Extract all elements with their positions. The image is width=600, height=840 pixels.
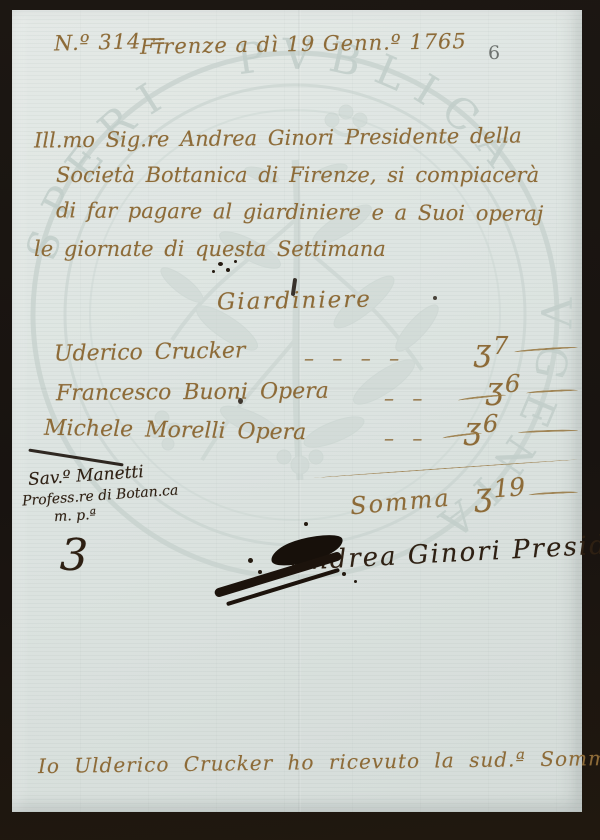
ledger-row-dashes-2: – – xyxy=(384,386,428,410)
left-note-line-3: m. p.ª xyxy=(54,507,97,525)
ink-speck xyxy=(342,572,346,576)
ledger-row-name-2: Francesco Buoni Opera xyxy=(56,379,329,406)
somma-amount: ʒ19 xyxy=(473,474,527,514)
left-paraph-mark: 3 xyxy=(59,530,89,582)
body-line-1: Ill.mo Sig.re Andrea Ginori Presidente d… xyxy=(34,123,522,152)
photo-stage: SPERI PVBLICA VGENIA xyxy=(0,0,600,840)
currency-symbol: ʒ xyxy=(474,334,491,369)
ink-speck xyxy=(212,270,215,273)
ink-speck xyxy=(238,398,243,404)
ledger-row-amount-1: ʒ7 xyxy=(474,334,508,369)
amount-flourish-line xyxy=(518,429,578,433)
currency-symbol: ʒ xyxy=(473,477,493,514)
manuscript-page: SPERI PVBLICA VGENIA xyxy=(12,10,582,812)
somma-label: Somma xyxy=(349,484,452,521)
ink-speck xyxy=(433,296,437,300)
ink-speck xyxy=(226,268,230,272)
ink-speck xyxy=(234,260,237,263)
receipt-confirmation-line: Io Ulderico Crucker ho ricevuto la sud.ª… xyxy=(38,746,600,778)
somma-flourish-line-top xyxy=(312,459,577,479)
somma-flourish-line-bottom xyxy=(528,491,578,496)
ledger-row-name-3: Michele Morelli Opera xyxy=(44,416,307,446)
ink-speck xyxy=(218,262,223,266)
ink-speck xyxy=(258,570,262,574)
folio-pencil-number: 6 xyxy=(488,42,500,64)
ledger-row-dashes-1: – – – – xyxy=(304,346,405,370)
ledger-row-amount-3: ʒ6 xyxy=(464,412,498,447)
ledger-row-name-1: Uderico Crucker xyxy=(54,338,246,366)
header-place-date: Firenze a dì 19 Genn.º 1765 xyxy=(140,29,467,59)
body-line-4: le giornate di questa Settimana xyxy=(34,237,386,261)
ink-speck xyxy=(304,522,308,526)
ledger-row-dashes-3: – – xyxy=(384,426,428,450)
ink-speck xyxy=(248,558,253,563)
currency-symbol: ʒ xyxy=(464,412,481,447)
currency-symbol: ʒ xyxy=(486,372,503,407)
ink-speck xyxy=(354,580,357,583)
ledger-row-amount-2: ʒ6 xyxy=(486,372,520,407)
body-line-3: di far pagare al giardiniere e a Suoi op… xyxy=(56,198,543,225)
body-line-2: Società Bottanica di Firenze, si compiac… xyxy=(56,163,539,187)
amount-flourish-line xyxy=(514,346,578,352)
